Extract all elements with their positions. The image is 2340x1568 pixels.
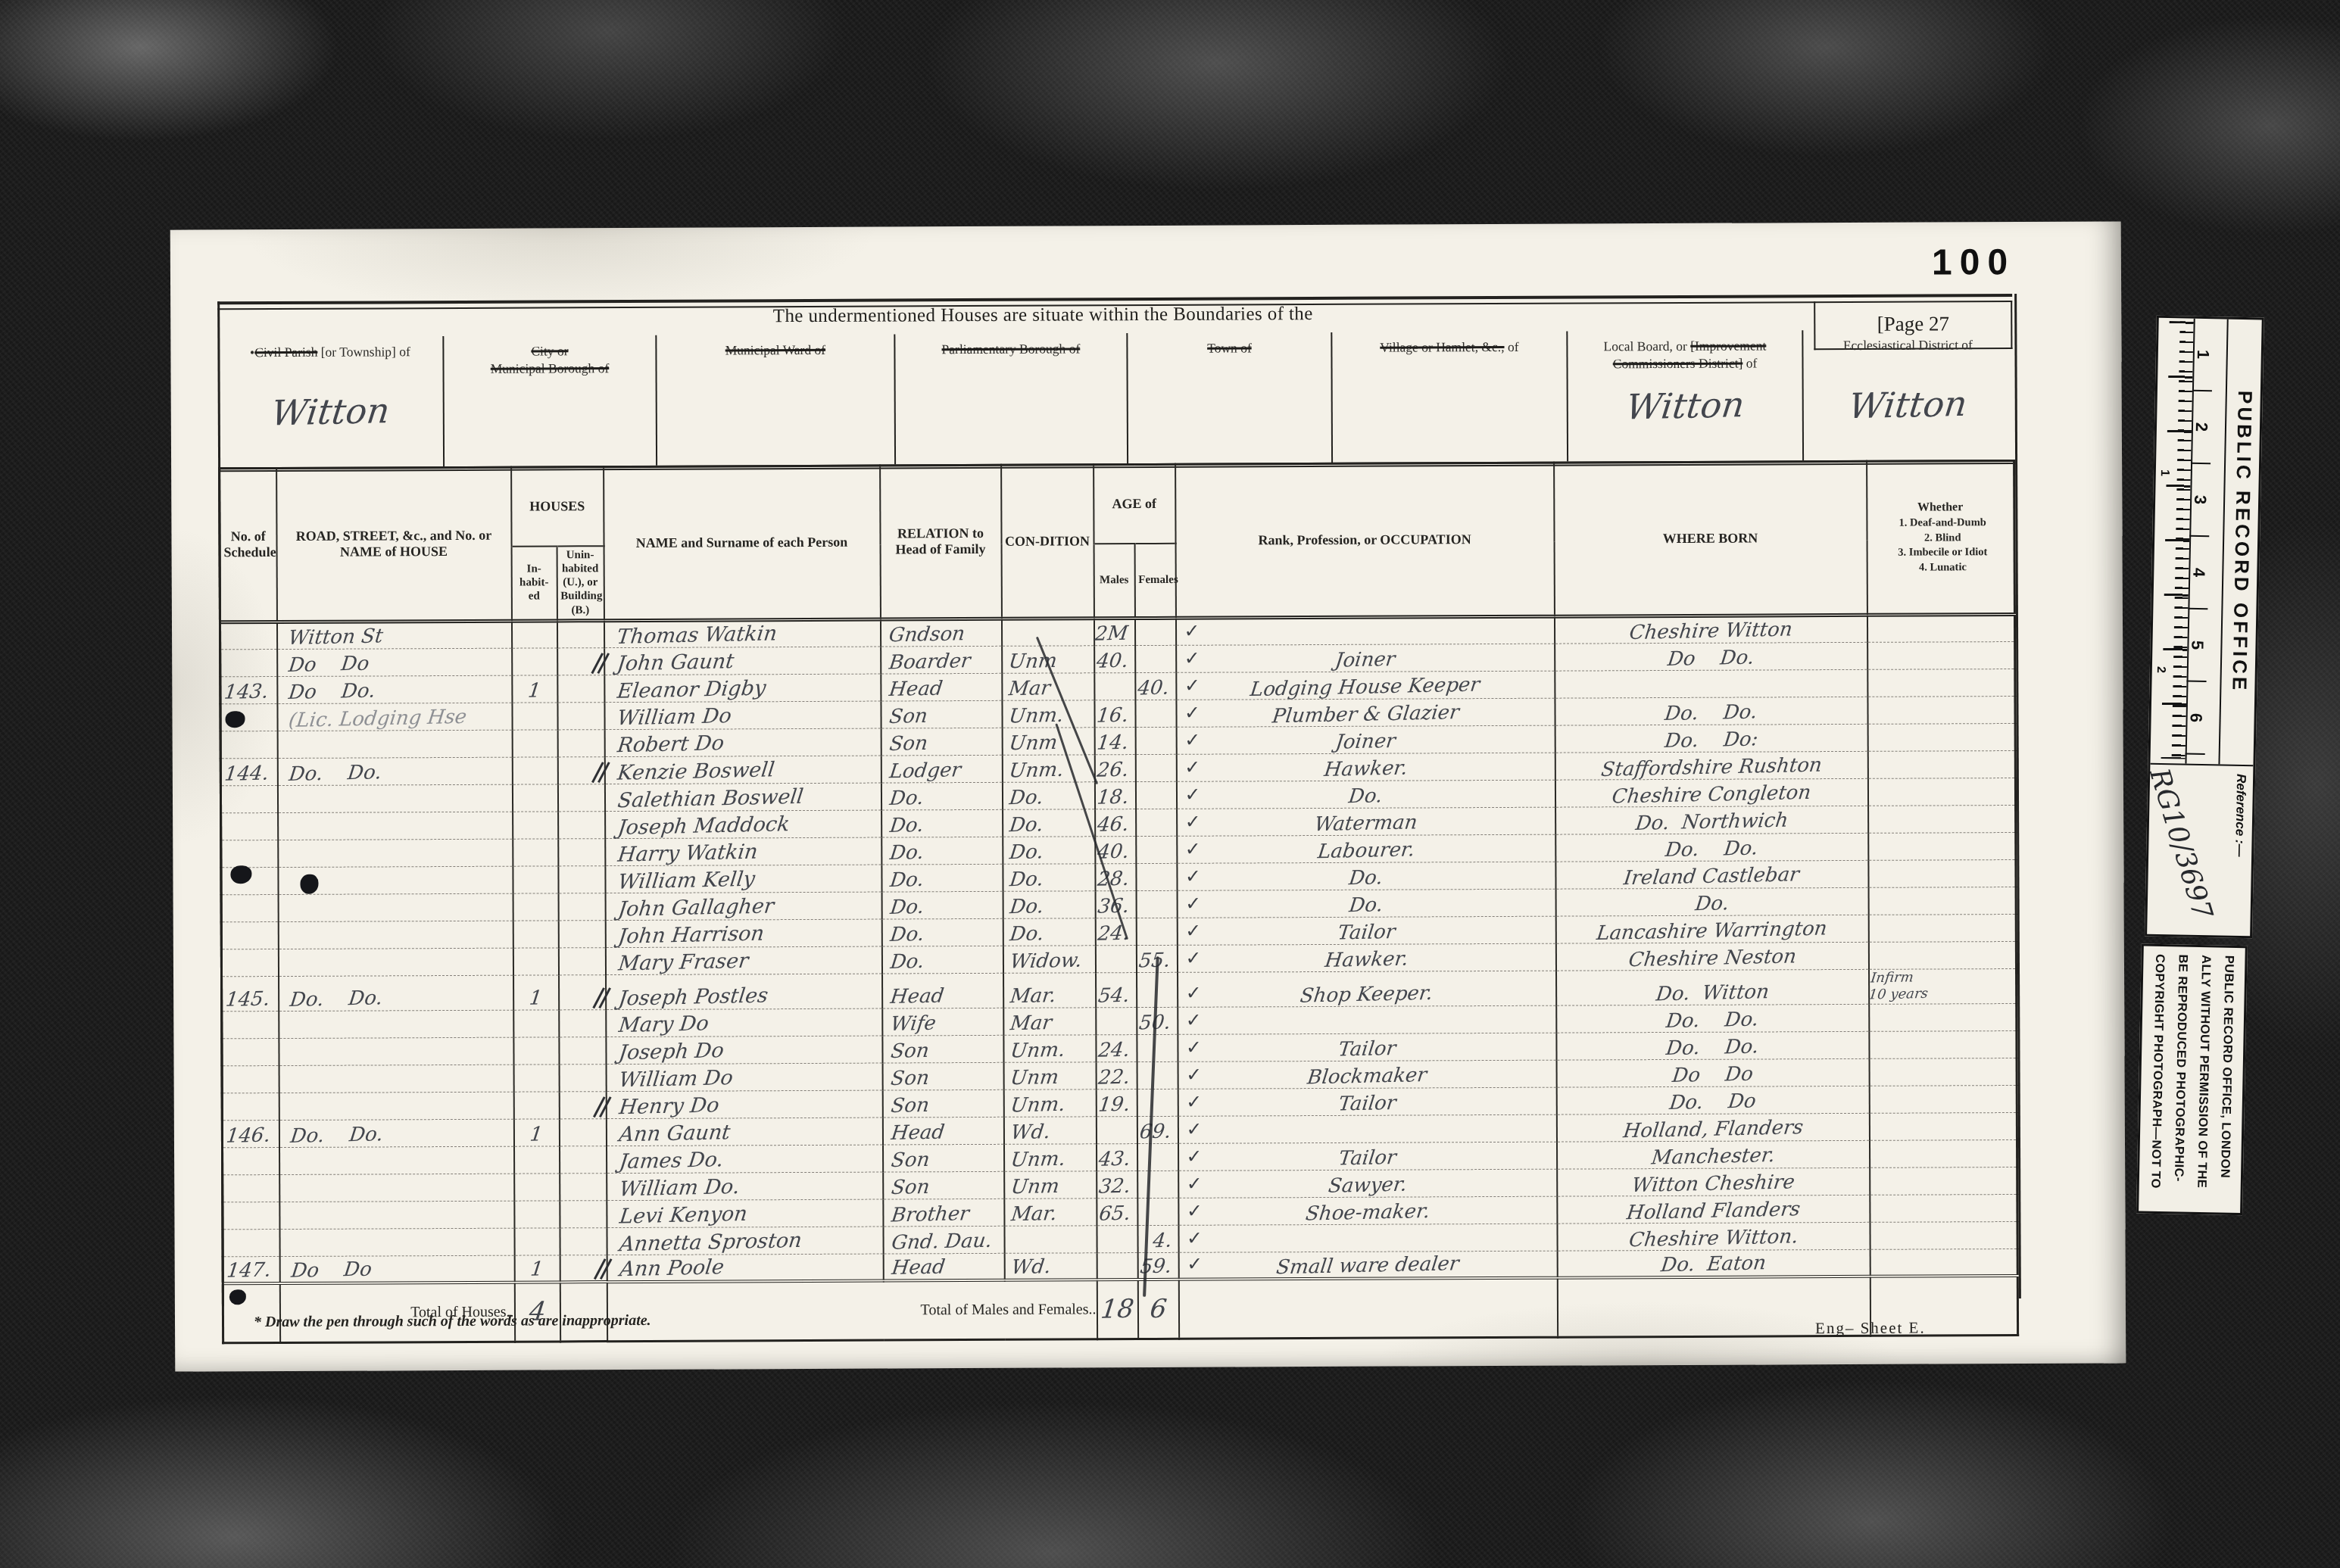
- cell-uninhab: [560, 1146, 607, 1173]
- location-handwritten-value: Witton: [1568, 385, 1802, 426]
- form-footnote: * Draw the pen through such of the words…: [254, 1312, 651, 1331]
- cell-name: Kenzie Boswell: [604, 756, 881, 784]
- cell-occ: ✓: [1178, 1224, 1557, 1252]
- archive-label-strip: 1 2 123456 PUBLIC RECORD OFFICE Referenc…: [2123, 307, 2278, 1256]
- cell-sched: 147.: [223, 1256, 279, 1283]
- cell-note: [1868, 887, 2016, 915]
- pen-mark: [594, 987, 610, 1009]
- cell-rel: Son: [883, 1144, 1004, 1172]
- cell-road: [278, 948, 513, 976]
- cell-ageM: 65.: [1097, 1198, 1137, 1225]
- cell-name: Thomas Watkin: [604, 619, 880, 648]
- cell-note: [1868, 941, 2016, 969]
- enumerator-tick: ✓: [1185, 811, 1201, 833]
- cell-rel: Head: [882, 973, 1003, 1008]
- cell-road: Witton St: [276, 621, 511, 649]
- cell-ageM: [1097, 1252, 1137, 1280]
- cell-note: [1869, 1030, 2017, 1058]
- cell-ageF: [1137, 1089, 1178, 1116]
- cell-born: Holland Flanders: [1557, 1195, 1870, 1224]
- cell-note: Infirm 10 years: [1869, 968, 2017, 1003]
- cell-born: Do. Northwich: [1555, 806, 1868, 834]
- cell-occ: ✓Joiner: [1176, 644, 1555, 672]
- label-number: 6: [2186, 682, 2207, 755]
- location-header-cell: City orMunicipal Borough of: [442, 335, 656, 466]
- location-header-band: •Civil Parish [or Township] ofWittonCity…: [217, 329, 2013, 472]
- cell-note: [1867, 778, 2015, 806]
- cell-uninhab: [557, 784, 604, 812]
- location-handwritten-value: Witton: [1804, 384, 2013, 426]
- cell-inhab: [512, 648, 557, 675]
- enumerator-tick: ✓: [1186, 1118, 1202, 1139]
- location-header-cell: Parliamentary Borough of: [894, 333, 1127, 464]
- whether-item: 1. Deaf-and-Dumb: [1870, 516, 2011, 531]
- cell-ageF: [1135, 781, 1176, 809]
- cell-rel: Head: [882, 1117, 1003, 1145]
- col-header-occupation: Rank, Profession, or OCCUPATION: [1175, 463, 1555, 618]
- cell-cond: Mar.: [1003, 973, 1096, 1008]
- label-number: 4: [2188, 537, 2209, 609]
- cell-ageM: 26.: [1094, 755, 1135, 782]
- cell-note: [1868, 832, 2016, 860]
- location-label: •Civil Parish [or Township] of: [217, 336, 442, 361]
- cell-born: Do. Do:: [1555, 724, 1867, 753]
- cell-rel: Brother: [883, 1199, 1004, 1227]
- whether-item: 4. Lunatic: [1870, 560, 2011, 575]
- cell-rel: Gndson: [880, 619, 1001, 647]
- cell-inhab: [513, 1009, 559, 1037]
- cell-name: Robert Do: [604, 728, 881, 757]
- cell-cond: Wd.: [1003, 1116, 1096, 1144]
- cell-road: [279, 1010, 513, 1038]
- reference-label: Reference :—: [2232, 774, 2248, 857]
- cell-cond: Mar: [1002, 673, 1094, 701]
- cell-inhab: [514, 1146, 560, 1173]
- cell-ageM: [1094, 673, 1135, 700]
- cell-ageF: [1136, 809, 1177, 836]
- cell-rel: Son: [881, 728, 1002, 756]
- cell-born: Do. Do.: [1556, 1004, 1869, 1033]
- cell-sched: [220, 731, 277, 759]
- cell-occ: ✓: [1178, 1005, 1556, 1034]
- whether-item: 2. Blind: [1870, 531, 2011, 546]
- cell-cond: Unm.: [1003, 1089, 1096, 1117]
- location-header-cell: Village or Hamlet, &c., of: [1331, 332, 1567, 463]
- cell-ageF: [1135, 754, 1176, 781]
- cell-cond: Do.: [1003, 891, 1095, 919]
- cell-uninhab: [559, 1009, 606, 1037]
- label-number: 1: [2192, 319, 2214, 391]
- cell-ageM: 18.: [1094, 782, 1135, 809]
- cell-rel: Head: [883, 1253, 1004, 1281]
- cell-note: [1868, 805, 2016, 833]
- cell-ageF: [1135, 727, 1176, 754]
- cell-road: [279, 1228, 514, 1256]
- cell-occ: ✓: [1178, 1114, 1556, 1143]
- col-header-uninhabited: Unin-habited (U.), or Building (B.): [557, 546, 604, 621]
- cell-occ: ✓Hawker.: [1176, 753, 1555, 781]
- enumerator-tick: ✓: [1185, 838, 1201, 860]
- cell-born: Cheshire Congleton: [1555, 778, 1867, 807]
- cell-name: John Gaunt: [604, 647, 881, 675]
- col-header-whether: Whether 1. Deaf-and-Dumb 2. Blind 3. Imb…: [1867, 461, 2015, 616]
- copyright-notice: COPYRIGHT PHOTOGRAPH—NOT TOBE REPRODUCED…: [2136, 944, 2248, 1216]
- cell-rel: Do.: [881, 946, 1003, 974]
- cell-uninhab: [560, 1173, 607, 1200]
- cell-sched: [222, 1065, 279, 1093]
- ruler-number: 2: [2154, 666, 2167, 673]
- cell-ageM: [1095, 946, 1136, 973]
- enumerator-tick: ✓: [1187, 1145, 1203, 1167]
- label-number: 2: [2191, 391, 2212, 464]
- cell-rel: Son: [882, 1035, 1003, 1063]
- page-number-stamp: 100: [1932, 242, 2015, 283]
- cell-road: [278, 921, 513, 949]
- cell-born: Do. Do.: [1555, 833, 1868, 862]
- cell-name: Mary Fraser: [605, 946, 881, 975]
- cell-born: Lancashire Warrington: [1555, 915, 1868, 943]
- location-header-cell: •Civil Parish [or Township] ofWitton: [217, 336, 443, 467]
- cell-cond: [1001, 619, 1094, 647]
- cell-name: Mary Do: [606, 1008, 882, 1037]
- cell-ageM: 28.: [1095, 864, 1136, 891]
- cell-name: Eleanor Digby: [604, 674, 881, 703]
- cell-inhab: 1: [514, 1255, 560, 1282]
- cell-road: [279, 1065, 513, 1093]
- cell-occ: ✓Labourer.: [1177, 834, 1555, 863]
- cell-inhab: [512, 784, 557, 812]
- cell-occ: ✓Waterman: [1177, 807, 1555, 836]
- total-males-value: 18: [1097, 1280, 1137, 1339]
- cell-sched: 146.: [222, 1120, 279, 1147]
- cell-inhab: [513, 1064, 559, 1091]
- cell-name: William Do: [604, 701, 881, 730]
- cell-ageM: 16.: [1094, 700, 1135, 728]
- census-scan-background: 100 The undermentioned Houses are situat…: [0, 0, 2340, 1568]
- cell-note: [1870, 1221, 2017, 1249]
- cell-ageM: [1097, 1225, 1137, 1252]
- cell-ageF: [1136, 836, 1177, 863]
- cell-cond: Unm: [1002, 646, 1094, 674]
- cell-born: Do Do.: [1555, 642, 1867, 671]
- cell-ageM: 22.: [1096, 1061, 1137, 1089]
- cell-name: Ann Gaunt: [606, 1118, 882, 1146]
- col-header-condition: CON-DITION: [1001, 465, 1094, 619]
- location-label: City orMunicipal Borough of: [444, 335, 655, 378]
- col-header-road: ROAD, STREET, &c., and No. or NAME of HO…: [276, 467, 512, 622]
- cell-occ: ✓Shop Keeper.: [1178, 971, 1556, 1007]
- cell-road: [279, 1174, 514, 1202]
- cell-sched: [220, 650, 277, 677]
- cell-occ: ✓Blockmaker: [1178, 1060, 1556, 1089]
- enumerator-tick: ✓: [1186, 981, 1202, 1003]
- cell-rel: Do.: [881, 891, 1003, 919]
- ruler-number: 1: [2157, 469, 2171, 476]
- cell-ageF: [1137, 1198, 1178, 1225]
- total-mf-label: Total of Males and Females..: [607, 1280, 1097, 1341]
- cell-inhab: [513, 1037, 559, 1064]
- cell-occ: ✓Tailor: [1178, 1087, 1556, 1116]
- col-header-inhabited: In-habit-ed: [511, 546, 557, 621]
- cell-inhab: [511, 621, 557, 648]
- cell-name: James Do.: [607, 1145, 883, 1174]
- cell-ageF: [1137, 1171, 1178, 1198]
- cell-cond: Do.: [1003, 809, 1095, 837]
- cell-occ: ✓Small ware dealer: [1178, 1251, 1557, 1280]
- cell-occ: ✓Do.: [1176, 780, 1555, 809]
- cell-name: Annetta Sproston: [607, 1227, 883, 1255]
- cell-cond: Mar.: [1004, 1198, 1097, 1226]
- cell-sched: [221, 921, 278, 949]
- cell-rel: Lodger: [881, 755, 1002, 783]
- cell-inhab: [513, 866, 558, 893]
- cell-inhab: [512, 703, 557, 730]
- totals-row: Total of Houses.. 4 Total of Males and F…: [223, 1276, 2017, 1342]
- location-handwritten-value: Witton: [218, 391, 443, 432]
- cell-name: Salethian Boswell: [604, 783, 881, 812]
- cell-road: Do. Do.: [279, 975, 513, 1011]
- cell-occ: ✓Lodging House Keeper: [1176, 671, 1555, 700]
- cell-born: Cheshire Witton: [1554, 615, 1867, 644]
- location-header-cell: Local Board, or [ImprovementCommissioner…: [1566, 330, 1802, 461]
- cell-name: John Harrison: [605, 919, 881, 948]
- col-header-age: AGE of: [1094, 464, 1175, 543]
- cell-note: [1868, 859, 2016, 887]
- reference-value: RG10/3697: [2143, 765, 2218, 922]
- cell-sched: [221, 812, 278, 840]
- cell-sched: [220, 622, 276, 650]
- pen-mark: [593, 761, 608, 784]
- cell-ageF: [1136, 863, 1177, 890]
- cell-inhab: [512, 730, 557, 757]
- cell-inhab: [514, 1227, 560, 1255]
- cell-inhab: [514, 1200, 560, 1227]
- enumerator-tick: ✓: [1186, 1063, 1202, 1085]
- enumerator-tick: ✓: [1184, 756, 1200, 778]
- col-header-relation: RELATION to Head of Family: [880, 465, 1002, 619]
- enumerator-tick: ✓: [1184, 620, 1200, 642]
- cell-sched: [223, 1174, 279, 1202]
- cell-inhab: [513, 893, 558, 921]
- cell-ageF: [1135, 645, 1176, 672]
- cell-inhab: [514, 1173, 560, 1200]
- census-table: No. of Schedule ROAD, STREET, &c., and N…: [218, 460, 2019, 1344]
- cell-uninhab: [560, 1227, 607, 1255]
- reference-zone: Reference :— RG10/3697: [2147, 763, 2253, 938]
- cell-ageF: 50.: [1137, 1007, 1178, 1034]
- cell-ageM: 32.: [1097, 1171, 1137, 1198]
- cell-occ: ✓Tailor: [1177, 916, 1555, 945]
- pen-mark: [593, 652, 608, 675]
- cell-sched: [221, 949, 278, 976]
- cell-occ: ✓Do.: [1177, 862, 1555, 890]
- cell-occ: ✓Sawyer.: [1178, 1169, 1557, 1198]
- cell-born: Do.: [1555, 887, 1868, 916]
- cell-note: [1869, 1085, 2017, 1113]
- cell-born: Do. Do.: [1555, 697, 1867, 725]
- enumerator-tick: ✓: [1186, 1090, 1202, 1112]
- cell-rel: Gnd. Dau.: [883, 1226, 1004, 1254]
- cell-uninhab: [558, 812, 605, 839]
- enumerator-tick: ✓: [1185, 947, 1201, 969]
- cell-sched: [222, 1038, 279, 1065]
- cell-cond: Unm.: [1003, 1034, 1096, 1062]
- cell-occ: ✓Joiner: [1176, 725, 1555, 754]
- cell-uninhab: [557, 730, 604, 757]
- cell-road: [277, 730, 512, 758]
- cell-rel: Boarder: [881, 646, 1002, 674]
- cell-sched: [223, 1202, 279, 1229]
- cell-cond: Wd.: [1004, 1252, 1097, 1280]
- cell-born: Cheshire Neston: [1555, 942, 1868, 971]
- cell-ageM: 24.: [1096, 1034, 1137, 1061]
- pen-mark: [594, 1096, 610, 1118]
- location-label: Village or Hamlet, &c., of: [1332, 332, 1566, 357]
- record-office-label: 1 2 123456 PUBLIC RECORD OFFICE Referenc…: [2145, 316, 2264, 939]
- cell-road: [278, 893, 513, 921]
- cell-cond: Unm: [1004, 1171, 1097, 1199]
- cell-born: Ireland Castlebar: [1555, 860, 1868, 889]
- enumerator-tick: ✓: [1187, 1227, 1203, 1248]
- cell-note: [1868, 914, 2016, 942]
- cell-name: Henry Do: [606, 1090, 882, 1119]
- cell-name: William Do: [606, 1063, 882, 1092]
- cell-uninhab: [560, 1200, 607, 1227]
- col-header-males: Males: [1094, 544, 1134, 619]
- cell-ageM: 43.: [1096, 1143, 1137, 1171]
- cell-occ: ✓Plumber & Glazier: [1176, 698, 1555, 727]
- cell-rel: Do.: [881, 864, 1003, 892]
- cell-sched: [221, 840, 278, 867]
- cell-uninhab: [557, 703, 604, 730]
- cell-cond: Unm.: [1002, 700, 1094, 728]
- cell-born: Do. Do.: [1556, 1031, 1869, 1060]
- cell-ageF: 69.: [1137, 1116, 1178, 1143]
- cell-cond: Unm.: [1002, 755, 1094, 783]
- cell-cond: Unm.: [1004, 1143, 1097, 1171]
- cell-occ: ✓Tailor: [1178, 1142, 1556, 1171]
- cell-ageF: [1137, 1061, 1178, 1089]
- cell-note: [1870, 1194, 2017, 1222]
- cell-road: (Lic. Lodging Hse: [277, 703, 512, 731]
- col-header-females: Females: [1134, 543, 1175, 618]
- cell-road: [278, 839, 513, 867]
- cell-born: Do. Witton: [1556, 969, 1869, 1005]
- location-label: Municipal Ward of: [657, 334, 894, 359]
- location-label: Town of: [1128, 332, 1331, 357]
- cell-ageF: 40.: [1135, 672, 1176, 700]
- cell-note: [1867, 669, 2015, 697]
- cell-rel: Son: [881, 700, 1002, 728]
- cell-rel: Head: [881, 673, 1002, 701]
- col-header-where-born: WHERE BORN: [1554, 461, 1867, 616]
- cell-road: [277, 784, 512, 812]
- cell-ageM: 46.: [1095, 809, 1136, 837]
- cell-road: [279, 1201, 514, 1229]
- document-sheet: 100 The undermentioned Houses are situat…: [170, 221, 2126, 1371]
- whether-title: Whether: [1870, 500, 2011, 515]
- cell-inhab: [513, 1091, 559, 1118]
- cell-ageM: 14.: [1094, 728, 1135, 755]
- cell-road: Do. Do.: [279, 1119, 513, 1147]
- cell-road: [279, 1092, 513, 1120]
- cell-ageM: 54.: [1096, 973, 1137, 1008]
- cell-uninhab: [557, 621, 604, 648]
- location-label: Local Board, or [ImprovementCommissioner…: [1568, 330, 1802, 373]
- cell-ageF: [1137, 1143, 1178, 1171]
- cell-road: Do. Do.: [277, 757, 512, 785]
- cell-rel: Do.: [881, 782, 1002, 810]
- cell-note: [1869, 1003, 2017, 1031]
- enumerator-tick: ✓: [1184, 702, 1200, 724]
- cell-inhab: 1: [513, 975, 559, 1010]
- table-body: Witton StThomas WatkinGndson2M✓Cheshire …: [220, 614, 2017, 1283]
- cell-cond: Unm: [1003, 1061, 1096, 1089]
- cell-inhab: 1: [513, 1118, 559, 1146]
- cell-name: Joseph Postles: [606, 974, 882, 1009]
- location-label: Ecclesiastical District of: [1803, 329, 2012, 354]
- cell-ageF: [1136, 918, 1177, 945]
- totals-empty: [1178, 1278, 1557, 1339]
- cell-note: [1869, 1058, 2017, 1086]
- cell-rel: Do.: [881, 809, 1003, 837]
- cell-sched: [222, 1011, 279, 1038]
- cell-inhab: [513, 921, 558, 948]
- enumerator-tick: ✓: [1187, 1199, 1203, 1221]
- cell-born: Staffordshire Rushton: [1555, 751, 1867, 780]
- enumerator-tick: ✓: [1184, 784, 1200, 806]
- cell-ageM: 24.: [1095, 918, 1136, 946]
- pen-mark: [595, 1258, 610, 1280]
- cell-ageM: 2M: [1094, 619, 1134, 646]
- cell-born: Cheshire Witton.: [1557, 1222, 1870, 1251]
- cell-rel: Son: [883, 1171, 1004, 1199]
- cell-note: [1869, 1112, 2017, 1140]
- col-header-name: NAME and Surname of each Person: [604, 466, 881, 621]
- cell-ageF: [1136, 890, 1177, 918]
- cell-road: Do Do: [279, 1255, 514, 1283]
- cell-uninhab: [559, 1037, 606, 1064]
- cell-note: [1870, 1167, 2017, 1195]
- cell-uninhab: [557, 675, 604, 703]
- cell-name: Joseph Maddock: [605, 810, 881, 839]
- cell-sched: 144.: [220, 759, 277, 786]
- cell-sched: [221, 894, 278, 921]
- cell-uninhab: [558, 839, 605, 866]
- cell-rel: Do.: [881, 918, 1003, 946]
- cell-born: Do. Do: [1556, 1086, 1869, 1114]
- cell-uninhab: [558, 948, 605, 975]
- cell-note: [1870, 1248, 2017, 1277]
- cell-note: [1867, 750, 2015, 778]
- cell-cond: Do.: [1003, 864, 1095, 892]
- sheet-label: Eng– Sheet E.: [1815, 1319, 1926, 1339]
- cell-note: [1869, 1139, 2017, 1167]
- cell-note: [1867, 723, 2015, 751]
- enumerator-tick: ✓: [1185, 865, 1201, 887]
- cell-ageF: [1137, 1034, 1178, 1061]
- cell-occ: ✓Tailor: [1178, 1033, 1556, 1061]
- cell-inhab: 1: [512, 675, 557, 703]
- cell-name: Ann Poole: [607, 1254, 883, 1283]
- cell-sched: [223, 1229, 279, 1256]
- cell-occ: ✓Shoe-maker.: [1178, 1196, 1557, 1225]
- cell-road: Do Do.: [277, 675, 512, 703]
- cell-name: Joseph Do: [606, 1036, 882, 1065]
- cell-inhab: [512, 757, 557, 784]
- cell-born: Holland, Flanders: [1556, 1113, 1869, 1142]
- cell-note: [1867, 641, 2015, 669]
